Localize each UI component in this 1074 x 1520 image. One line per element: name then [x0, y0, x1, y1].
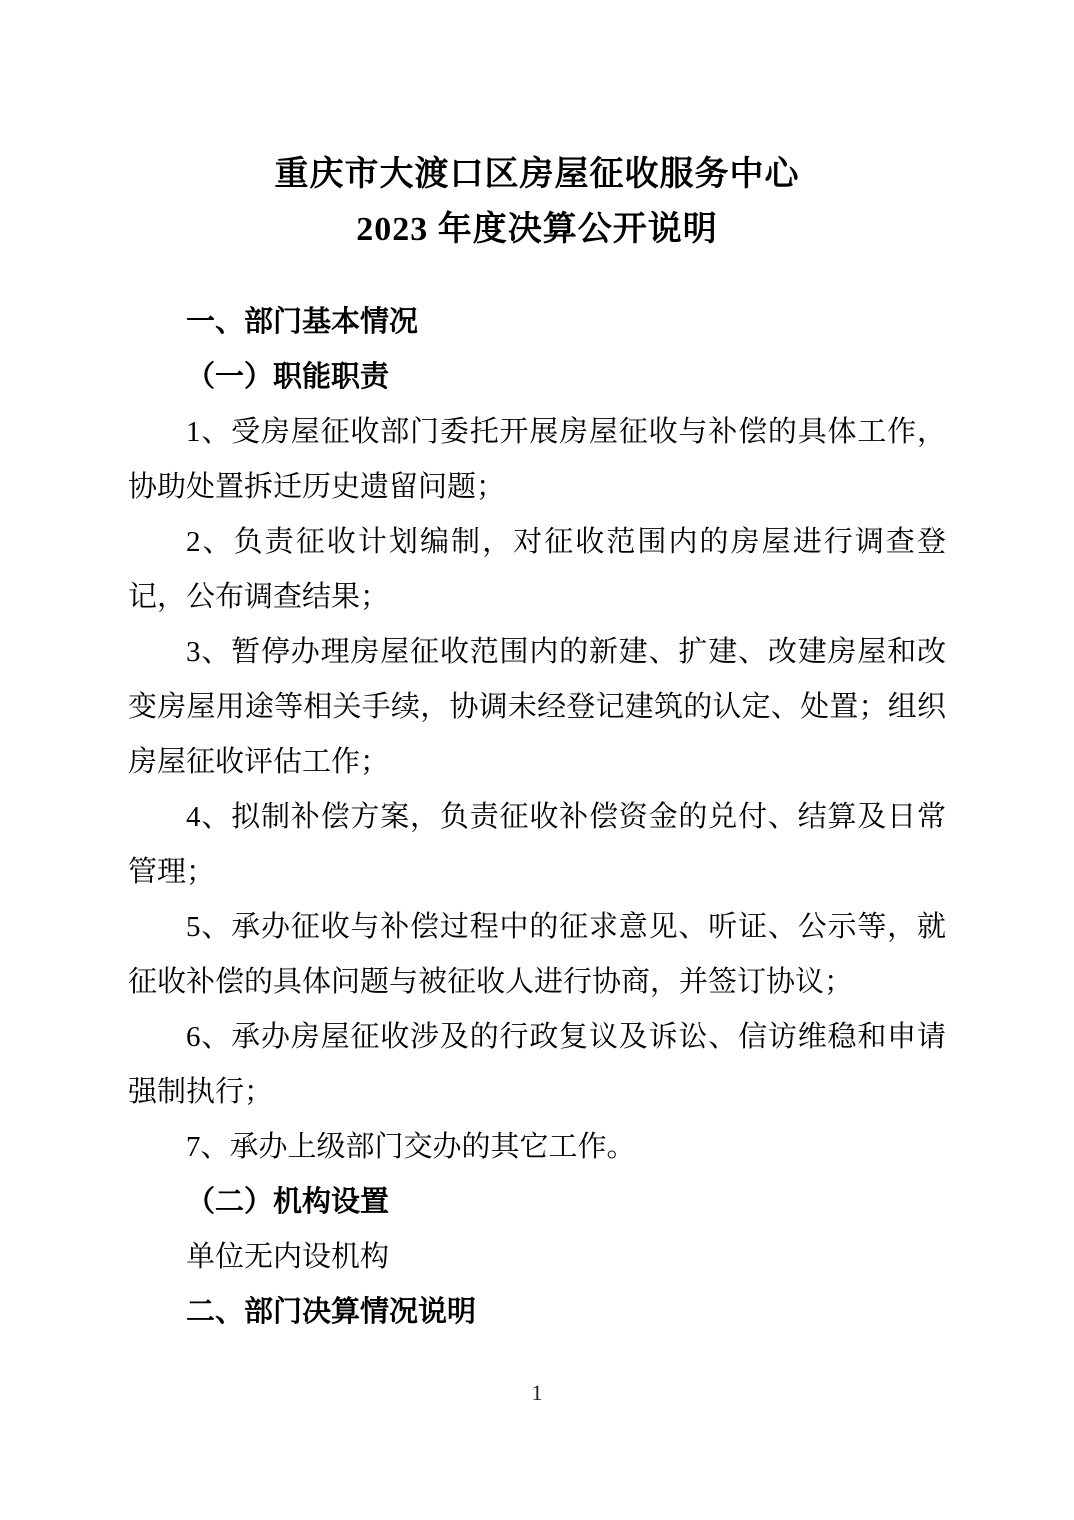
paragraph-duty-6: 6、承办房屋征收涉及的行政复议及诉讼、信访维稳和申请强制执行；	[128, 1010, 946, 1120]
document-title: 重庆市大渡口区房屋征收服务中心 2023 年度决算公开说明	[128, 147, 946, 257]
document-title-line-2: 2023 年度决算公开说明	[128, 202, 946, 257]
document-body: 一、部门基本情况 （一）职能职责 1、受房屋征收部门委托开展房屋征收与补偿的具体…	[128, 295, 946, 1340]
document-title-line-1: 重庆市大渡口区房屋征收服务中心	[128, 147, 946, 202]
paragraph-org-setup: 单位无内设机构	[128, 1230, 946, 1285]
paragraph-duty-5: 5、承办征收与补偿过程中的征求意见、听证、公示等，就征收补偿的具体问题与被征收人…	[128, 900, 946, 1010]
paragraph-duty-1: 1、受房屋征收部门委托开展房屋征收与补偿的具体工作，协助处置拆迁历史遗留问题；	[128, 405, 946, 515]
paragraph-duty-4: 4、拟制补偿方案，负责征收补偿资金的兑付、结算及日常管理；	[128, 790, 946, 900]
paragraph-duty-3: 3、暂停办理房屋征收范围内的新建、扩建、改建房屋和改变房屋用途等相关手续，协调未…	[128, 625, 946, 790]
paragraph-duty-2: 2、负责征收计划编制，对征收范围内的房屋进行调查登记，公布调查结果；	[128, 515, 946, 625]
page-number: 1	[0, 1378, 1074, 1408]
document-page: 重庆市大渡口区房屋征收服务中心 2023 年度决算公开说明 一、部门基本情况 （…	[0, 0, 1074, 1520]
paragraph-duty-7: 7、承办上级部门交办的其它工作。	[128, 1120, 946, 1175]
section-heading-2: 二、部门决算情况说明	[128, 1285, 946, 1340]
section-heading-1: 一、部门基本情况	[128, 295, 946, 350]
subsection-heading-1-1: （一）职能职责	[128, 350, 946, 405]
subsection-heading-1-2: （二）机构设置	[128, 1175, 946, 1230]
